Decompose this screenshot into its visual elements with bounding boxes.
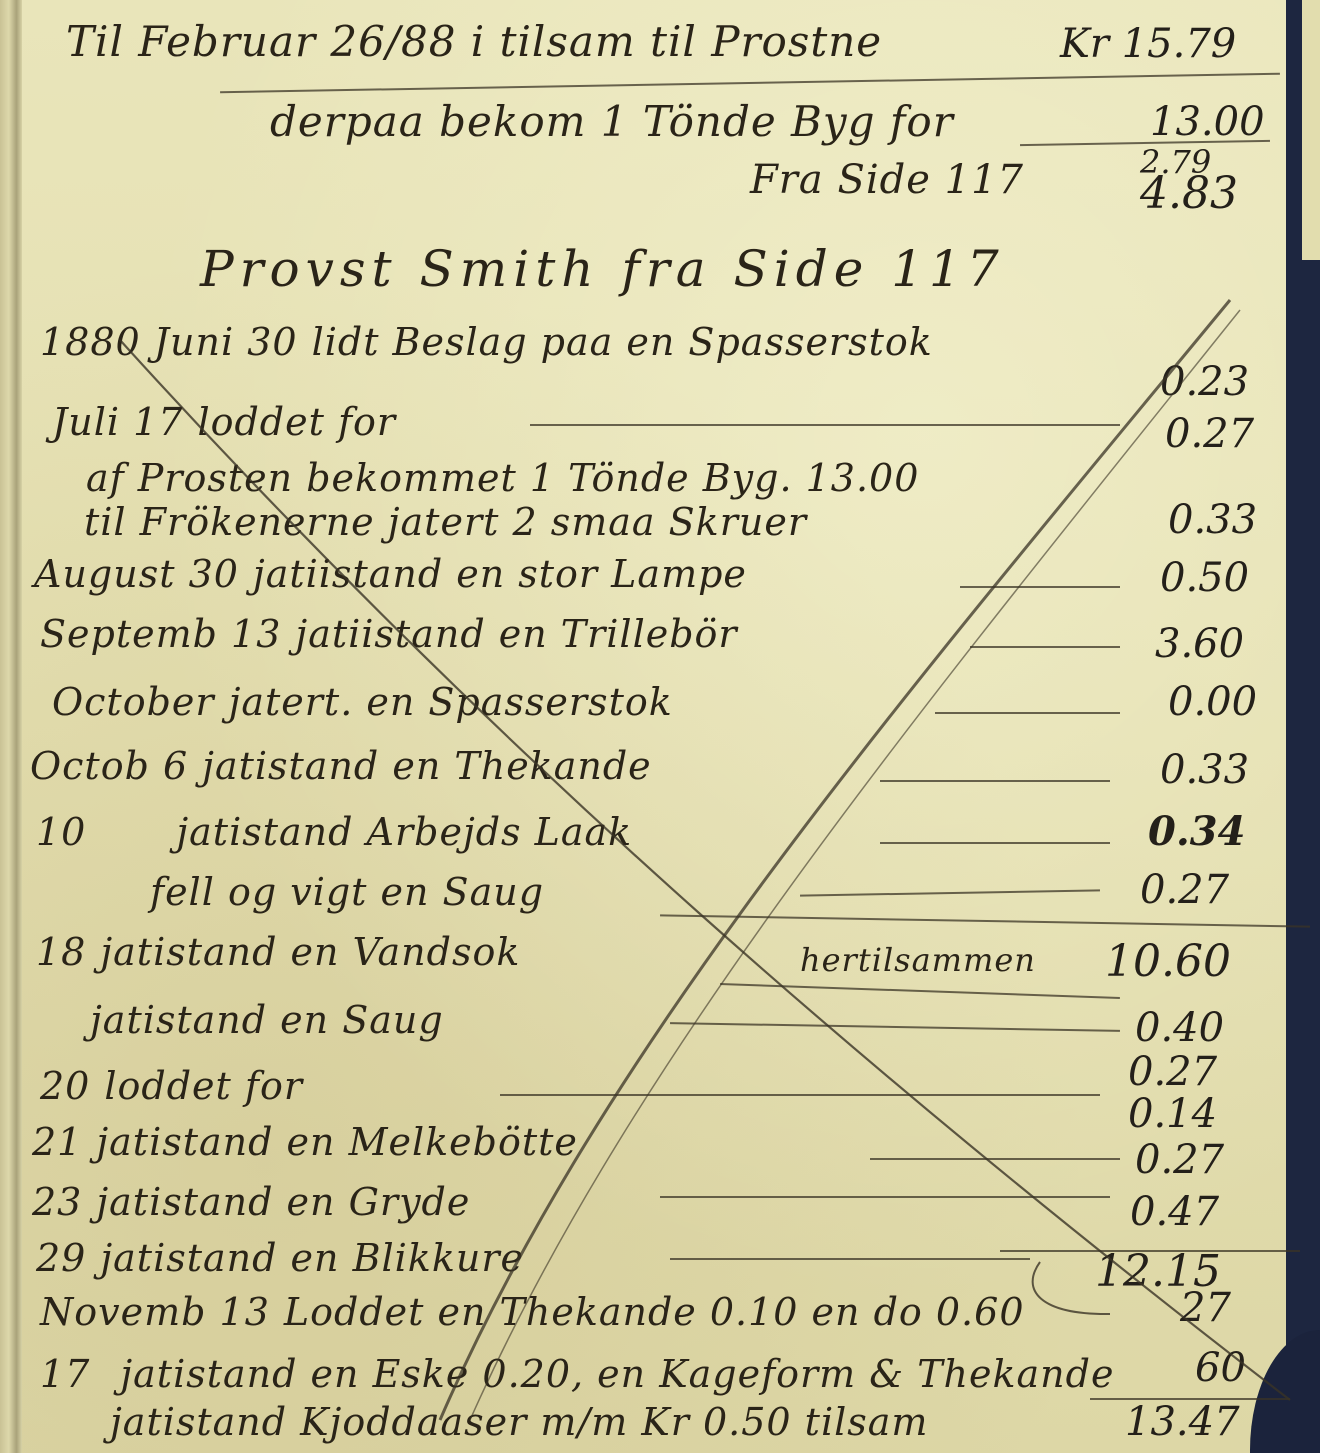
ledger-page: Til Februar 26/88 i tilsam til Prostne K… bbox=[0, 0, 1320, 1453]
cross-out-lines bbox=[0, 0, 1320, 1453]
